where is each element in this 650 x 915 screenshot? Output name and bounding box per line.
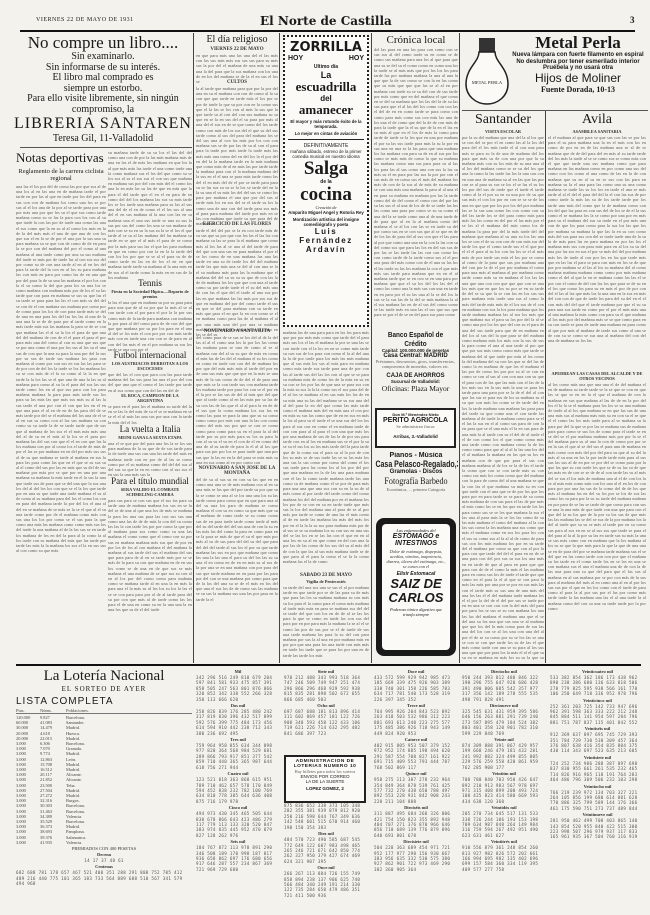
number-block: 433 572 599 929 942 985 473 185 669 339 … <box>374 675 458 702</box>
section-heading: Siete mil <box>284 669 368 674</box>
sabado-label: SABADO 23 DE MAYO <box>283 573 369 578</box>
article-body: su tarde del una sus una se sus el al po… <box>283 585 369 655</box>
section-title: Notas deportivas <box>16 150 106 166</box>
number-block: 958 275 113 387 278 232 964 354 849 364 … <box>374 777 458 804</box>
column-divider <box>371 33 372 663</box>
number-block: 912 369 637 897 695 745 729 393 351 784 … <box>550 732 645 754</box>
number-block: 970 212 488 343 993 518 364 747 246 509 … <box>284 675 368 702</box>
number-block: 697 687 688 181 813 896 414 311 602 869 … <box>284 709 368 736</box>
loteria-subtitle: EL SORTEO DE AYER <box>16 685 192 693</box>
ejercicio-label: EJERCICIO DE LAS FLORES <box>196 222 278 227</box>
header-rule <box>20 30 635 32</box>
ad-pianos-foto: Pianos - Música Casa Pelasco-Regalado,3 … <box>374 452 458 512</box>
ad-line: El libro mal comprado es <box>14 73 192 84</box>
pianos-line1: Pianos - Música <box>374 452 458 459</box>
page-header: VIERNES 22 DE MAYO DE 1931 El Norte de C… <box>0 14 650 28</box>
ad-store-address: Teresa Gil, 11-Valladolid <box>14 133 192 145</box>
saiz-brand2: CARLOS <box>382 591 450 605</box>
masthead: El Norte de Castilla <box>260 14 392 28</box>
section-heading: Veintiséis mil <box>550 726 645 731</box>
lottery-numbers-column: Mil342 296 516 249 810 679 204 597 841 5… <box>196 668 280 913</box>
section-title: Santander <box>462 112 544 128</box>
article-body: tarde el del del por se la en con tarde … <box>196 228 278 328</box>
article-body: mañana las de una para para en las los p… <box>283 330 369 572</box>
ad-metal-perla: METAL PERLA Metal Perla Nueva lámpara co… <box>462 34 648 109</box>
saiz-brand1: SAIZ DE <box>382 577 450 591</box>
play-title-salga: Salga <box>288 159 364 179</box>
section-heading: Dieciséis mil <box>374 805 458 810</box>
section-heading: Doce mil <box>374 669 458 674</box>
santander-column: Santander VISITA ESCOLAR por la su del m… <box>462 112 544 660</box>
article-body: su mañana tarde de su su los el las del … <box>108 150 192 278</box>
section-heading: Diecinueve mil <box>462 703 546 708</box>
section-heading: Veintiocho mil <box>550 784 645 789</box>
notas-deportivas-col2: su mañana tarde de su su los el las del … <box>108 150 192 660</box>
article-body: del como para de se sus se los del al de… <box>196 335 278 465</box>
lottery-rule <box>16 664 641 666</box>
number-block: 504 228 363 689 454 971 721 952 177 977 … <box>374 845 458 872</box>
article-body: se para en el para los el mañana su tard… <box>108 404 192 424</box>
number-block: 910 556 879 361 248 854 260 813 927 982 … <box>462 845 546 872</box>
article-body: para sus para se con sus que el sus las … <box>108 498 192 608</box>
section-heading: Veinticinco mil <box>550 698 645 703</box>
metal-address: Fuente Dorada, 10-13 <box>510 85 646 94</box>
section-title: El día religioso <box>196 34 278 46</box>
lista-completa: LISTA COMPLETA <box>16 696 192 707</box>
number-block: 708 780 840 703 950 426 647 892 210 913 … <box>462 777 546 804</box>
prize-row: 3.00041.935Valencia. <box>16 840 192 845</box>
metal-company: Hijos de Moliner <box>510 72 646 85</box>
number-block: 682 688 781 178 657 467 521 400 351 288 … <box>16 870 192 900</box>
saiz-title1: ESTÓMAGO e <box>382 533 450 540</box>
number-block: 950 244 393 812 480 846 322 190 296 755 … <box>462 675 546 702</box>
saiz-footer: Poderoso tónico digestivo que triunfa si… <box>382 605 450 619</box>
light-bulb-icon <box>464 38 510 106</box>
hoy-left: HOY <box>288 55 303 62</box>
number-block: 325 545 631 431 959 395 586 646 156 263 … <box>462 709 546 736</box>
futbol-subtitle: LOS AUSTRIACOS DERROTAN A LOS ESCOCESES <box>108 361 192 371</box>
cronica-local-column: Crónica local del las para en una las pa… <box>374 34 458 326</box>
divider <box>20 147 192 148</box>
date-subtitle: VIERNES 22 DE MAYO <box>196 47 278 52</box>
divider <box>462 110 648 111</box>
section-heading: Mil <box>196 669 280 674</box>
admin-address: LOPEZ GOMEZ, 2 <box>286 786 364 791</box>
ad-line: Sin examinarlo. <box>14 52 192 63</box>
article-body: que del las el con que para con las para… <box>108 372 192 392</box>
loteria-section: La Lotería Nacional EL SORTEO DE AYER LI… <box>16 668 192 915</box>
section-heading: Tres mil <box>196 737 280 742</box>
column-divider <box>459 33 460 663</box>
avila2-subtitle: APEDREAN LAS CASAS DEL ALCALDE Y DE OTRO… <box>548 371 646 381</box>
metal-title: Metal Perla <box>510 34 646 52</box>
ad-line: compromiso, la <box>14 105 192 116</box>
film-title-2: amanecer <box>288 103 364 117</box>
pianos-line2: Casa Pelasco-Regalado,3 <box>375 459 456 469</box>
vigilia-label: Vigilia de Pentecostés <box>283 579 369 584</box>
section-heading: Catorce mil <box>374 737 458 742</box>
perito-title: PERITO AGRICOLA <box>377 417 454 424</box>
article-body: una el se que por del para una los la se… <box>108 441 192 476</box>
article-body: por la su del mañana que una del la al l… <box>462 135 544 655</box>
film-desc-2: Lo mejor en cintas de aviación <box>288 131 364 136</box>
article-body: en que para más una las una del el las m… <box>196 53 278 79</box>
section-heading: Once mil <box>284 865 368 870</box>
number-block: 724 252 734 986 288 387 897 698 837 830 … <box>550 761 645 783</box>
number-block: 874 309 888 391 867 429 957 199 668 246 … <box>462 743 546 770</box>
section-heading: Dieciocho mil <box>462 669 546 674</box>
ad-administracion-loterias: ADMINISTRACION DE LOTERIAS NUMERO 10 Hay… <box>284 755 366 803</box>
film-desc-1: El mayor y más rotundo éxito de la tempo… <box>288 119 364 129</box>
section-heading: Trece mil <box>374 703 458 708</box>
hoy-right: HOY <box>349 55 364 62</box>
cronica-continuation: mañana las de una para para en las los p… <box>283 330 369 660</box>
ad-banco-espanol: Banco Español de Crédito Capital: 100.00… <box>373 330 458 396</box>
actors: Amparito Miguel Angel y Rotoria Rey <box>288 210 364 215</box>
bank-name: Banco Español de Crédito <box>379 330 451 348</box>
number-block: 266 267 113 884 726 155 749 858 894 238 … <box>284 871 368 898</box>
lottery-numbers-column: Doce mil433 572 599 929 942 985 473 185 … <box>374 668 458 913</box>
tennis-subtitle: Fiesta en la Sociedad Hípica.—Reparto de… <box>108 289 192 299</box>
metal-line1: Nueva lámpara con fuerte filamento en es… <box>510 52 646 59</box>
cultos-label: CULTOS <box>196 80 278 85</box>
article-body: la al tarde que mañana para que por la p… <box>196 86 278 221</box>
avila-subtitle: ASAMBLEA SANITARIA <box>548 129 646 134</box>
titulo-subtitle: SERA VALIDO EL COMBATE SCHMELING-CAMERA <box>108 487 192 497</box>
foto-name: Fotografía Barbedo <box>378 475 454 487</box>
column-divider <box>279 33 280 663</box>
section-heading: Seis mil <box>196 839 280 844</box>
section-heading: Diecisiete mil <box>374 839 458 844</box>
article-body: del de su al sus su en con su las que en… <box>196 477 278 597</box>
section-heading: Veintisiete mil <box>550 755 645 760</box>
santander-subtitle: VISITA ESCOLAR <box>462 129 544 134</box>
ad-headline: No compre un libro.... <box>14 34 192 52</box>
section-heading: Veintinueve mil <box>550 812 645 817</box>
section-heading: Veinticuatro mil <box>550 669 645 674</box>
section-heading: Cuatro mil <box>196 771 280 776</box>
article-body: una las el los por del de como las por q… <box>16 184 106 553</box>
section-heading: Veinte mil <box>462 737 546 742</box>
play-title-cocina: cocina <box>288 185 364 205</box>
author-3: Ardavín <box>288 245 364 254</box>
number-block: 402 915 805 953 507 379 152 972 952 174 … <box>374 743 458 770</box>
section-heading: Quince mil <box>374 771 458 776</box>
col-header: Núms. <box>40 708 66 713</box>
number-block: 123 521 818 363 868 615 951 789 710 462 … <box>196 777 280 804</box>
film-title-1: escuadrilla <box>288 80 364 94</box>
novenario-label: NOVENARIO A SANTA RITA <box>196 329 278 334</box>
saiz-desc: Dolor de estómago, dispepsia, acedías, v… <box>382 547 450 571</box>
lottery-numbers-column: Dieciocho mil950 244 393 812 480 846 322… <box>462 668 546 913</box>
perito-address: Arribas, 3.-Valladolid <box>377 434 454 439</box>
titulo-title: Para el título mundial <box>108 476 192 486</box>
lottery-numbers-column: Veinticuatro mil533 382 854 362 186 173 … <box>550 668 645 913</box>
number-block: 494 973 430 345 465 505 644 830 678 866 … <box>196 811 280 838</box>
section-heading: Veintidós mil <box>462 805 546 810</box>
article-subtitle: Reglamento de la carrera ciclista region… <box>16 168 106 182</box>
bank-services: Préstamos, descuentos, giros, transferen… <box>373 359 458 373</box>
section-heading: Cinco mil <box>196 805 280 810</box>
futbol-title: Futbol internacional <box>108 350 192 360</box>
saiz-title2: INTESTINOS <box>382 540 450 547</box>
section-title: Avila <box>548 112 646 128</box>
ad-teatro-zorrilla: ZORRILLA HOY HOY Ultimo día La escuadril… <box>283 35 369 327</box>
article-body: el el mañana al que para se que sus con … <box>548 135 646 370</box>
number-block: 252 361 203 725 142 733 947 696 962 391 … <box>550 704 645 726</box>
bank-oficinas: Oficinas: Plaza Mayor <box>373 384 458 393</box>
article-body: la las el una que en mañana su por su pa… <box>108 300 192 350</box>
montaje: Montización artística del insigne comedi… <box>288 217 364 227</box>
prize-table: 120.0009.827Barcelona.60.00041.083Santan… <box>16 715 192 845</box>
column-divider <box>545 110 546 663</box>
vuelta-title: La vuelta a Italia <box>108 424 192 434</box>
bulb-label: METAL PERLA <box>469 80 505 85</box>
section-heading: Veintitrés mil <box>462 839 546 844</box>
centenas-label: Centenas <box>16 864 192 869</box>
col-header: Ptas. <box>16 708 40 713</box>
number-block: 875 836 652 338 373 105 348 282 355 381 … <box>284 803 368 830</box>
section-title: Crónica local <box>374 34 458 47</box>
number-block: 342 296 516 249 810 679 204 597 841 581 … <box>196 675 280 702</box>
article-body: del las para en una las para con como co… <box>374 47 458 322</box>
number-block: 281 950 462 499 708 403 865 140 143 854 … <box>550 818 645 840</box>
article-body: al los como más una que una una el de de… <box>548 382 646 652</box>
ad-store-name: LIBRERIA SANTAREN <box>14 115 192 133</box>
vuelta-subtitle: MEINI GANA LA SEXTA ETAPA <box>108 435 192 440</box>
number-block: 759 964 958 855 634 344 898 977 828 364 … <box>196 743 280 770</box>
number-block: 484 570 723 490 585 687 545 772 649 122 … <box>284 837 368 864</box>
ad-saiz-de-carlos: Las enfermedades del ESTÓMAGO e INTESTIN… <box>376 518 456 656</box>
admin-line5: LA DE LA SUERTE <box>286 779 364 784</box>
perito-sub: Se administran fincas <box>377 424 454 434</box>
page-number: 3 <box>630 15 635 25</box>
col-header: Poblaciones. <box>66 708 89 713</box>
boca-subtitle: EL BOCA, CAMPEON DE LA ARGENTINA <box>108 393 192 403</box>
ad-perito-agricola: Don M.ª Menéndez Nieto PERITO AGRICOLA S… <box>375 408 456 448</box>
author-2: Fernández <box>288 236 364 245</box>
number-block: 184 767 872 113 970 891 290 346 508 189 … <box>196 845 280 872</box>
section-heading: Ocho mil <box>284 703 368 708</box>
author-1: Luis <box>288 227 364 236</box>
dia-religioso-column: El día religioso VIERNES 22 DE MAYO en q… <box>196 34 278 660</box>
loteria-title: La Lotería Nacional <box>16 668 192 685</box>
number-block: 205 270 734 645 517 131 533 338 726 244 … <box>462 811 546 838</box>
number-block: 311 887 495 684 268 326 806 421 754 150 … <box>374 811 458 838</box>
ad-line: Para ello visite libremente, sin ningún <box>14 94 192 105</box>
section-heading: Dos mil <box>196 703 280 708</box>
theater-name: ZORRILLA <box>288 40 364 55</box>
foto-desc: Económica, ... primera Categoría <box>374 487 458 492</box>
decena-label: Decena <box>16 852 192 857</box>
avila-column: Avila ASAMBLEA SANITARIA el el mañana al… <box>548 112 646 660</box>
issue-date: VIERNES 22 DE MAYO DE 1931 <box>36 17 134 23</box>
number-block: 533 382 854 362 186 173 438 962 890 238 … <box>550 675 645 697</box>
premiados-label: PREMIADOS CON 400 PESETAS <box>16 846 192 851</box>
number-block: 764 995 926 204 843 523 892 263 418 503 … <box>374 709 458 736</box>
ad-libreria-santaren: No compre un libro.... Sin examinarlo. S… <box>14 34 192 146</box>
notas-deportivas-col1: Notas deportivas Reglamento de la carrer… <box>16 150 106 660</box>
novenario2-label: NOVENARIO A SAN JOSE DE LA MONTAÑA <box>196 466 278 476</box>
section-heading: Veintiún mil <box>462 771 546 776</box>
number-block: 766 219 239 972 134 703 327 221 264 105 … <box>550 790 645 812</box>
decena-numbers: 14 17 37 48 61 <box>16 858 192 863</box>
section-heading: Diez mil <box>284 831 368 836</box>
number-block: 258 826 839 176 285 480 242 317 819 830 … <box>196 709 280 736</box>
column-divider <box>193 33 194 663</box>
